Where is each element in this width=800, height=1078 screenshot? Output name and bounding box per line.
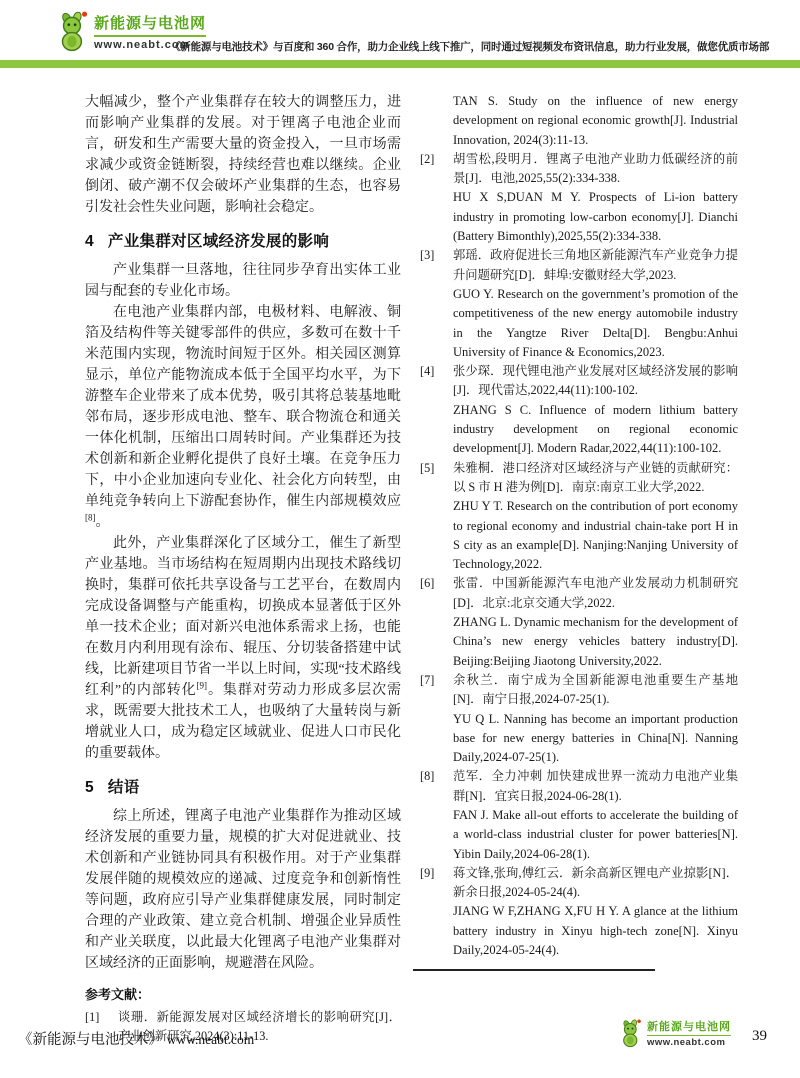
reference-3-number: [3] bbox=[420, 246, 434, 265]
paragraph-supply-chain-text: 在电池产业集群内部，电极材料、电解液、铜箔及结构件等关键零部件的供应，多数可在数… bbox=[85, 305, 401, 509]
reference-3-chinese: 郭瑶．政府促进长三角地区新能源汽车产业竞争力提升问题研究[D]．蚌埠:安徽财经大… bbox=[453, 246, 738, 285]
reference-8-number: [8] bbox=[420, 767, 434, 786]
reference-4-english: ZHANG S C. Influence of modern lithium b… bbox=[453, 401, 738, 459]
footer-site-name: 新能源与电池网 bbox=[647, 1018, 731, 1036]
header-promo-banner: 《新能源与电池技术》与百度和 360 合作，助力企业线上线下推广，同时通过短视频… bbox=[170, 39, 770, 54]
paragraph-supply-chain: 在电池产业集群内部，电极材料、电解液、铜箔及结构件等关键零部件的供应，多数可在数… bbox=[85, 302, 401, 533]
reference-7-number: [7] bbox=[420, 671, 434, 690]
reference-9-english: JIANG W F,ZHANG X,FU H Y. A glance at th… bbox=[453, 902, 738, 960]
journal-page: 新能源与电池网 www.neabt.com 《新能源与电池技术》与百度和 360… bbox=[0, 0, 800, 1078]
right-column: TAN S. Study on the influence of new ene… bbox=[420, 92, 738, 971]
section-4-heading: 4产业集群对区域经济发展的影响 bbox=[85, 229, 401, 251]
section-5-heading: 5结语 bbox=[85, 775, 401, 797]
reference-5-number: [5] bbox=[420, 459, 434, 478]
reference-8-english: FAN J. Make all-out efforts to accelerat… bbox=[453, 806, 738, 864]
mascot-icon bbox=[620, 1018, 642, 1048]
citation-9: [9] bbox=[197, 680, 208, 690]
conclusion-paragraph: 综上所述，锂离子电池产业集群作为推动区域经济发展的重要力量，规模的扩大对促进就业… bbox=[85, 806, 401, 974]
paragraph-clusters-land: 产业集群一旦落地，往往同步孕育出实体工业园与配套的专业化市场。 bbox=[85, 260, 401, 302]
site-name: 新能源与电池网 bbox=[94, 12, 206, 37]
footer-journal-title: 《新能源与电池技术》 bbox=[18, 1032, 163, 1048]
reference-6-number: [6] bbox=[420, 574, 434, 593]
section-4-title: 产业集群对区域经济发展的影响 bbox=[108, 233, 329, 250]
reference-6-english: ZHANG L. Dynamic mechanism for the devel… bbox=[453, 613, 738, 671]
reference-2-chinese: 胡雪松,段明月．锂离子电池产业助力低碳经济的前景[J]．电池,2025,55(2… bbox=[453, 150, 738, 189]
header-divider-bar bbox=[0, 60, 800, 68]
section-5-number: 5 bbox=[85, 779, 94, 796]
left-column: 大幅减少，整个产业集群存在较大的调整压力，进而影响产业集群的发展。对于锂离子电池… bbox=[85, 92, 401, 1047]
reference-2-number: [2] bbox=[420, 150, 434, 169]
reference-item-2: [2] 胡雪松,段明月．锂离子电池产业助力低碳经济的前景[J]．电池,2025,… bbox=[420, 150, 738, 246]
reference-item-1-english: TAN S. Study on the influence of new ene… bbox=[420, 92, 738, 150]
reference-4-number: [4] bbox=[420, 362, 434, 381]
reference-9-number: [9] bbox=[420, 864, 434, 883]
page-footer: 《新能源与电池技术》 www.neabt.com 新能源与电池网 www.nea… bbox=[0, 1010, 800, 1078]
footer-logo-text-block: 新能源与电池网 www.neabt.com bbox=[647, 1018, 731, 1048]
reference-7-english: YU Q L. Nanning has become an important … bbox=[453, 710, 738, 768]
reference-item-7: [7] 余秋兰．南宁成为全国新能源电池重要生产基地[N]．南宁日报,2024-0… bbox=[420, 671, 738, 767]
reference-item-5: [5] 朱雅桐．港口经济对区域经济与产业链的贡献研究：以 S 市 H 港为例[D… bbox=[420, 459, 738, 575]
paragraph-division-text: 此外，产业集群深化了区域分工，催生了新型产业基地。当市场结构在短周期内出现技术路… bbox=[85, 536, 401, 698]
page-header: 新能源与电池网 www.neabt.com 《新能源与电池技术》与百度和 360… bbox=[0, 0, 800, 68]
reference-5-english: ZHU Y T. Research on the contribution of… bbox=[453, 497, 738, 574]
footer-site-url: www.neabt.com bbox=[647, 1037, 731, 1048]
citation-8: [8] bbox=[85, 512, 96, 522]
continuation-paragraph: 大幅减少，整个产业集群存在较大的调整压力，进而影响产业集群的发展。对于锂离子电池… bbox=[85, 92, 401, 218]
footer-journal-url: www.neabt.com bbox=[167, 1032, 255, 1047]
reference-2-english: HU X S,DUAN M Y. Prospects of Li-ion bat… bbox=[453, 188, 738, 246]
mascot-icon bbox=[57, 10, 89, 52]
footer-journal-line: 《新能源与电池技术》 www.neabt.com bbox=[18, 1028, 254, 1049]
reference-5-chinese: 朱雅桐．港口经济对区域经济与产业链的贡献研究：以 S 市 H 港为例[D]．南京… bbox=[453, 459, 738, 498]
page-number: 39 bbox=[752, 1028, 767, 1045]
reference-item-6: [6] 张雷．中国新能源汽车电池产业发展动力机制研究[D]．北京:北京交通大学,… bbox=[420, 574, 738, 670]
reference-9-chinese: 蒋文锋,张珣,傅红云．新余高新区锂电产业掠影[N]．新余日报,2024-05-2… bbox=[453, 864, 738, 903]
reference-3-english: GUO Y. Research on the government’s prom… bbox=[453, 285, 738, 362]
reference-7-chinese: 余秋兰．南宁成为全国新能源电池重要生产基地[N]．南宁日报,2024-07-25… bbox=[453, 671, 738, 710]
reference-item-3: [3] 郭瑶．政府促进长三角地区新能源汽车产业竞争力提升问题研究[D]．蚌埠:安… bbox=[420, 246, 738, 362]
reference-item-8: [8] 范军．全力冲刺 加快建成世界一流动力电池产业集群[N]．宜宾日报,202… bbox=[420, 767, 738, 863]
references-heading: 参考文献： bbox=[85, 984, 401, 1003]
paragraph-division-of-labor: 此外，产业集群深化了区域分工，催生了新型产业基地。当市场结构在短周期内出现技术路… bbox=[85, 533, 401, 764]
section-5-title: 结语 bbox=[108, 779, 140, 796]
end-of-references-rule bbox=[413, 969, 655, 971]
reference-8-chinese: 范军．全力冲刺 加快建成世界一流动力电池产业集群[N]．宜宾日报,2024-06… bbox=[453, 767, 738, 806]
paragraph-supply-chain-end: 。 bbox=[96, 515, 110, 530]
reference-4-chinese: 张少琛．现代锂电池产业发展对区域经济发展的影响[J]．现代雷达,2022,44(… bbox=[453, 362, 738, 401]
reference-item-4: [4] 张少琛．现代锂电池产业发展对区域经济发展的影响[J]．现代雷达,2022… bbox=[420, 362, 738, 458]
footer-site-logo: 新能源与电池网 www.neabt.com bbox=[620, 1018, 731, 1048]
reference-6-chinese: 张雷．中国新能源汽车电池产业发展动力机制研究[D]．北京:北京交通大学,2022… bbox=[453, 574, 738, 613]
reference-item-9: [9] 蒋文锋,张珣,傅红云．新余高新区锂电产业掠影[N]．新余日报,2024-… bbox=[420, 864, 738, 960]
section-4-number: 4 bbox=[85, 233, 94, 250]
reference-1-english: TAN S. Study on the influence of new ene… bbox=[453, 92, 738, 150]
